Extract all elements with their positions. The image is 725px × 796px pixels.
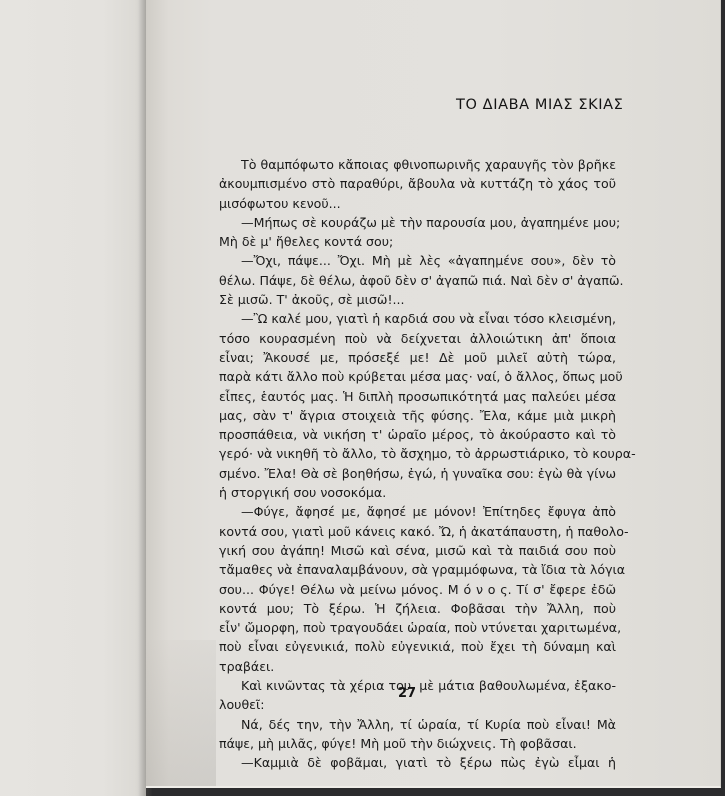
text-line: γική σου ἀγάπη! Μισῶ καὶ σένα, μισῶ καὶ … (219, 541, 616, 560)
text-line: ποὺ εἶναι εὐγενικιά, πολὺ εὐγενικιά, ποὺ… (219, 637, 616, 656)
body-text: Τὸ θαμπόφωτο κἄποιας φθινοπωρινῆς χαραυγ… (219, 155, 616, 773)
text-line: τἄμαθες νὰ ἐπαναλαμβάνουν, σὰ γραμμόφωνα… (219, 560, 616, 579)
text-line: —Μήπως σὲ κουράζω μὲ τὴν παρουσία μου, ἀ… (219, 213, 616, 232)
text-line: λουθεῖ: (219, 695, 616, 714)
text-line: κοντά μου; Τὸ ξέρω. Ἡ ζήλεια. Φοβᾶσαι τὴ… (219, 599, 616, 618)
text-line: προσπάθεια, νὰ νικήση τ' ὡραῖο μέρος, τὸ… (219, 425, 616, 444)
text-line: κοντά σου, γιατὶ μοῦ κάνεις κακό. Ὤ, ἡ ἀ… (219, 522, 616, 541)
text-line: Σὲ μισῶ. Τ' ἀκοῦς, σὲ μισῶ!... (219, 290, 616, 309)
left-page-blank (0, 0, 146, 796)
text-line: θέλω. Πάψε, δὲ θέλω, ἀφοῦ δὲν σ' ἀγαπῶ π… (219, 271, 616, 290)
text-line: πάψε, μὴ μιλᾶς, φύγε! Μὴ μοῦ τὴν διώχνει… (219, 734, 616, 753)
text-line: τόσο κουρασμένη ποὺ νὰ δείχνεται ἀλλοιώτ… (219, 329, 616, 348)
running-header: ΤΟ ΔΙΑΒΑ ΜΙΑΣ ΣΚΙΑΣ (456, 97, 623, 113)
book-photo: ΤΟ ΔΙΑΒΑ ΜΙΑΣ ΣΚΙΑΣ Τὸ θαμπόφωτο κἄποιας… (0, 0, 725, 796)
text-line: εἶν' ὤμορφη, ποὺ τραγουδάει ὡραία, ποὺ ν… (219, 618, 616, 637)
text-line: —Φύγε, ἄφησέ με, ἄφησέ με μόνον! Ἐπίτηδε… (219, 502, 616, 521)
text-line: παρὰ κάτι ἄλλο ποὺ κρύβεται μέσα μας· να… (219, 367, 616, 386)
text-line: εἶναι; Ἄκουσέ με, πρόσεξέ με! Δὲ μοῦ μιλ… (219, 348, 616, 367)
text-line: σου... Φύγε! Θέλω νὰ μείνω μόνος. Μ ό ν … (219, 580, 616, 599)
text-line: Μὴ δὲ μ' ἤθελες κοντά σου; (219, 232, 616, 251)
text-line: Τὸ θαμπόφωτο κἄποιας φθινοπωρινῆς χαραυγ… (219, 155, 616, 174)
text-line: εἶπες, ἑαυτός μας. Ἡ διπλὴ προσωπικότητά… (219, 387, 616, 406)
text-line: ἡ στοργική σου νοσοκόμα. (219, 483, 616, 502)
text-line: τραβάει. (219, 657, 616, 676)
text-line: σμένο. Ἔλα! Θὰ σὲ βοηθήσω, ἐγώ, ἡ γυναῖκ… (219, 464, 616, 483)
text-line: μισόφωτου κενοῦ... (219, 194, 616, 213)
text-line: ἀκουμπισμένο στὸ παραθύρι, ἄβουλα νὰ κυτ… (219, 174, 616, 193)
text-line: —Ὢ καλέ μου, γιατὶ ἡ καρδιά σου νὰ εἶναι… (219, 309, 616, 328)
text-line: γερό· νὰ νικηθῆ τὸ ἄλλο, τὸ ἄσχημο, τὸ ἀ… (219, 444, 616, 463)
text-line: —Ὄχι, πάψε... Ὄχι. Μὴ μὲ λὲς «ἀγαπημένε … (219, 251, 616, 270)
text-line: Νά, δές την, τὴν Ἄλλη, τί ὡραία, τί Κυρί… (219, 715, 616, 734)
text-line: —Καμμιὰ δὲ φοβᾶμαι, γιατὶ τὸ ξέρω πὼς ἐγ… (219, 753, 616, 772)
page-number: 27 (398, 686, 416, 701)
text-line: Καὶ κινῶντας τὰ χέρια του, μὲ μάτια βαθο… (219, 676, 616, 695)
text-line: μας, σὰν τ' ἄγρια στοιχειὰ τῆς φύσης. Ἔλ… (219, 406, 616, 425)
